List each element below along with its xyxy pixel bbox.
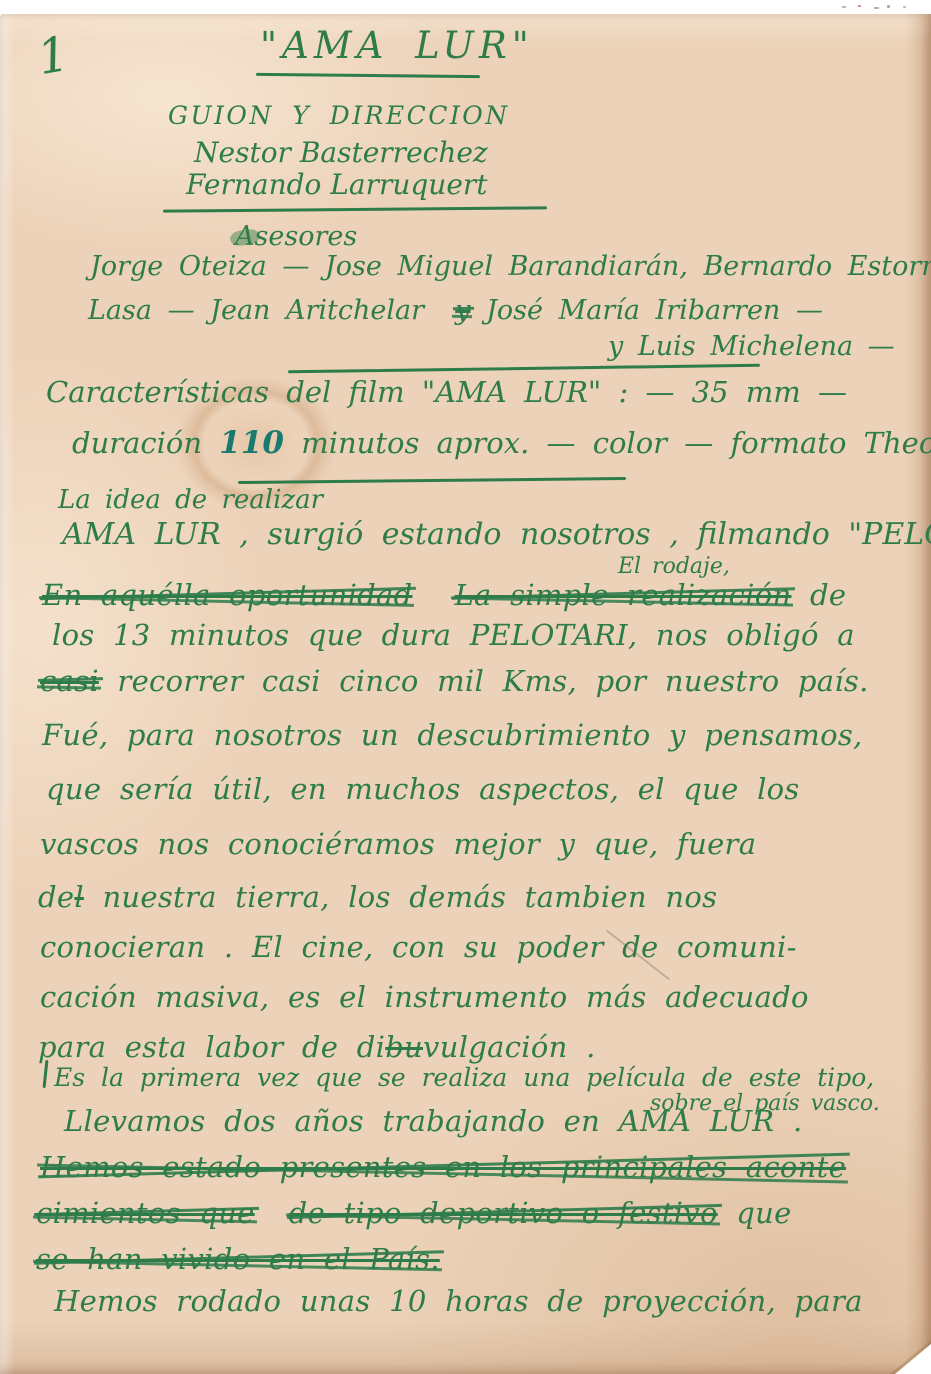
body-line-17: Hemos rodado unas 10 horas de proyección… — [54, 1286, 863, 1318]
margin-insert-mark — [43, 1060, 49, 1088]
page-number-mark: 1 — [34, 28, 73, 85]
director-name-1: Nestor Basterrechez — [194, 138, 488, 169]
body-line-9: conocieran . El cine, con su poder de co… — [40, 932, 797, 964]
scan-speck — [858, 5, 861, 7]
director-name-2: Fernando Larruquert — [186, 170, 488, 201]
body-line-8: del nuestra tierra, los demás tambien no… — [38, 882, 717, 914]
page-title: "AMA LUR" — [260, 26, 534, 67]
body-line-16: se han vivido en el País. — [36, 1244, 440, 1276]
advisors-line-3: y Luis Michelena — — [608, 332, 895, 362]
body-line-12: Es la primera vez que se realiza una pel… — [54, 1064, 874, 1092]
body-line-7: vascos nos conociéramos mejor y que, fue… — [40, 829, 756, 861]
interline-insert: El rodaje, — [618, 555, 730, 579]
title-underline — [256, 73, 480, 78]
body-line-13: Llevamos dos años trabajando en AMA LUR … — [64, 1106, 802, 1138]
scan-speck — [887, 5, 890, 8]
body-intro: La idea de realizar — [58, 486, 323, 515]
advisors-line-1: Jorge Oteiza — Jose Miguel Barandiarán, … — [90, 252, 931, 282]
struck-phrase: La simple realización — [454, 580, 791, 612]
film-info-line-1: Características del film "AMA LUR" : — 3… — [46, 377, 847, 409]
struck-letter: l — [74, 880, 84, 914]
struck-word: y — [455, 296, 470, 326]
duration-value: 110 — [219, 425, 284, 461]
advisors-line-2: Lasa — Jean Aritchelar y José María Irib… — [88, 296, 823, 326]
struck-word: casi — [40, 666, 99, 698]
struck-phrase: cimientos que — [36, 1198, 255, 1230]
struck-line: Hemos estado presentes en los principale… — [40, 1152, 846, 1184]
struck-line: se han vivido en el País. — [36, 1244, 440, 1276]
body-line-6: que sería útil, en muchos aspectos, el q… — [46, 774, 800, 806]
scan-speck — [874, 7, 879, 9]
film-info-underline — [238, 477, 626, 484]
body-line-1: AMA LUR , surgió estando nosotros , film… — [62, 518, 931, 551]
credits-underline — [163, 206, 547, 212]
credits-heading: GUION Y DIRECCION — [168, 102, 510, 130]
scan-speck — [842, 6, 846, 8]
struck-letters: bu — [385, 1030, 423, 1064]
corner-fold — [895, 1344, 931, 1374]
body-line-3: los 13 minutos que dura PELOTARI, nos ob… — [52, 620, 855, 652]
body-line-10: cación masiva, es el instrumento más ade… — [40, 982, 809, 1014]
advisors-underline — [288, 364, 760, 374]
struck-phrase: de tipo deportivo o festivo — [289, 1198, 718, 1230]
film-info-line-2: duración 110 minutos aprox. — color — fo… — [72, 426, 931, 460]
scanned-manuscript-page: 1 "AMA LUR" GUION Y DIRECCION Nestor Bas… — [0, 0, 931, 1374]
body-line-15: cimientos quede tipo deportivo o festivo… — [36, 1198, 792, 1230]
body-line-11: para esta labor de dibuvulgación . — [38, 1032, 596, 1064]
scan-speck — [903, 6, 906, 8]
body-line-5: Fué, para nosotros un descubrimiento y p… — [42, 720, 863, 752]
body-line-14: Hemos estado presentes en los principale… — [40, 1152, 846, 1184]
body-line-2: En aquélla oportunidadLa simple realizac… — [42, 580, 846, 612]
body-line-4: casi recorrer casi cinco mil Kms, por nu… — [40, 666, 869, 698]
struck-phrase: En aquélla oportunidad — [42, 580, 412, 612]
aged-paper-sheet: 1 "AMA LUR" GUION Y DIRECCION Nestor Bas… — [0, 14, 931, 1374]
